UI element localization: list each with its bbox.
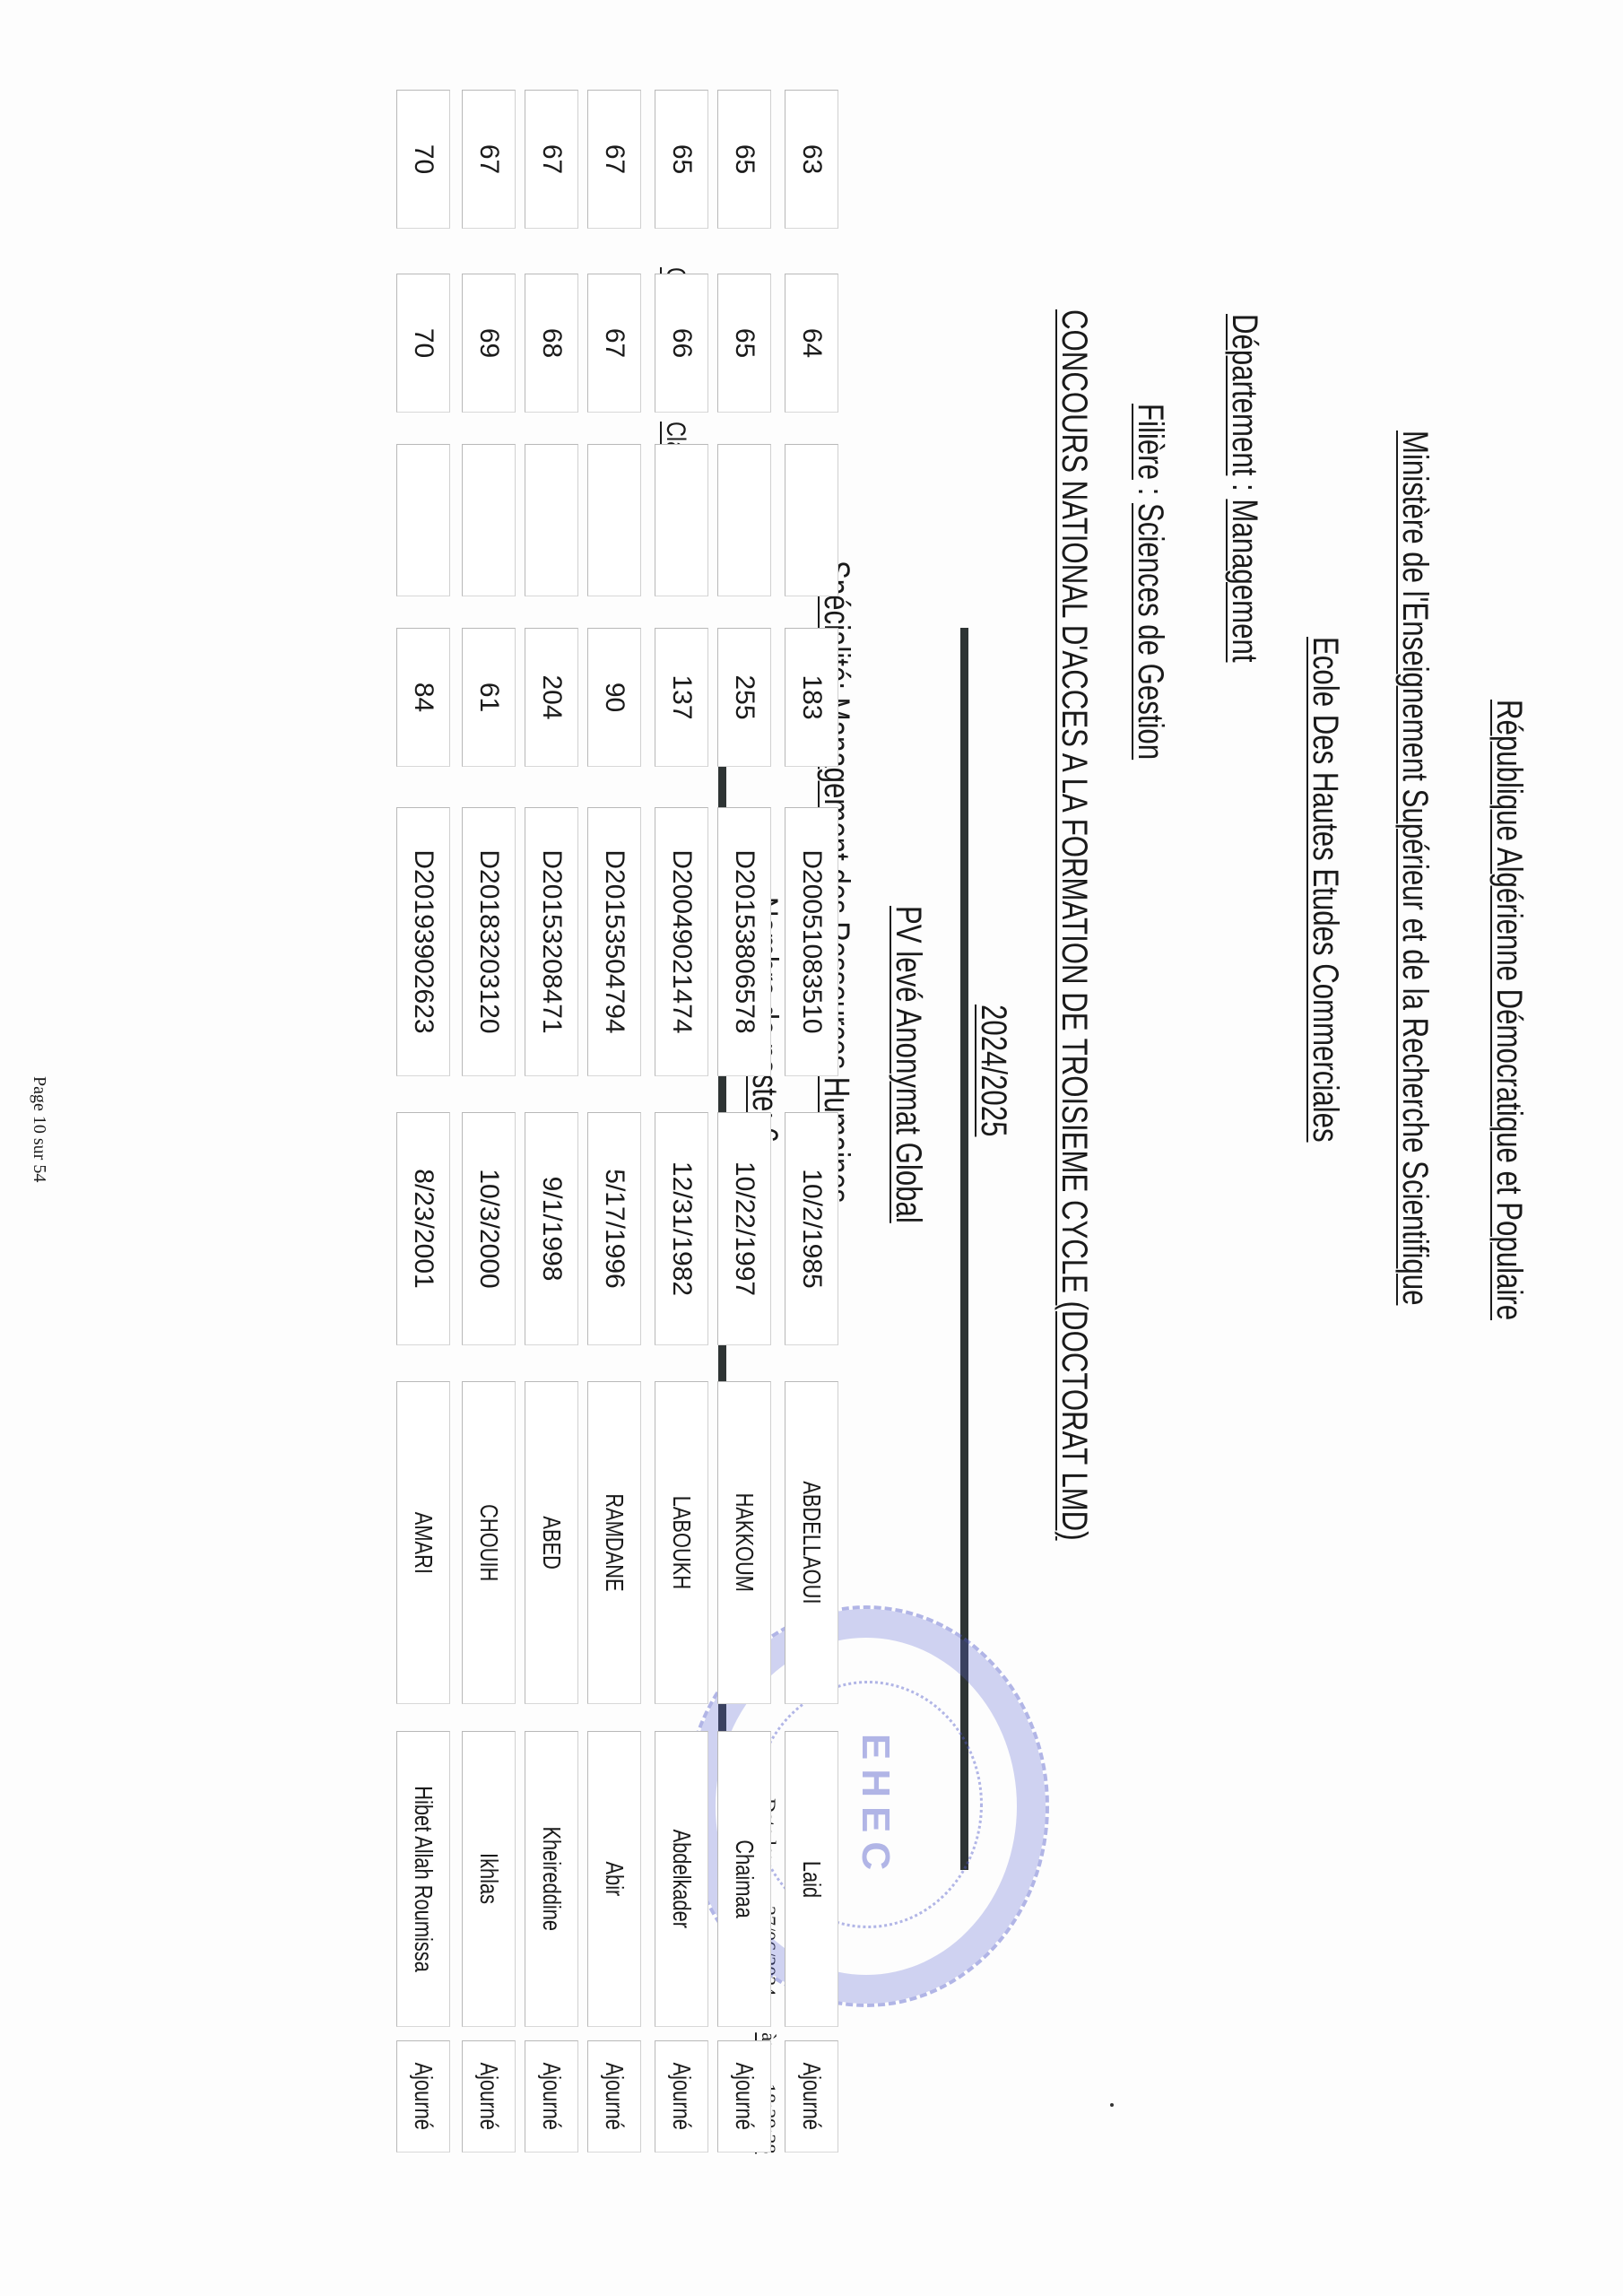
cell-spt: 69 [462,274,516,413]
cell-value: 67 [536,144,567,174]
department-line: Département : Management [1224,314,1264,761]
cell-nom: CHOUIH [462,1381,516,1704]
page-number: Page 10 sur 54 [29,1076,49,1182]
cell-matricule: D20049021474 [655,807,708,1076]
cell-spt: 64 [785,274,838,413]
cell-value: D20153806578 [729,849,759,1033]
cell-value: ABED [537,1516,566,1569]
cell-prenom: Abdelkader [655,1731,708,2027]
cell-gle: 67 [587,90,641,229]
cell-prs [525,444,578,596]
cell-gle: 63 [785,90,838,229]
cell-value: Abir [600,1862,629,1897]
cell-matricule: D20153806578 [717,807,771,1076]
cell-value: 204 [536,674,567,719]
cell-value: Ajourné [409,2063,438,2130]
cell-value: Hibet Allah Roumissa [409,1786,438,1972]
cell-nom: AMARI [396,1381,450,1704]
cell-value: 183 [796,674,827,719]
cell-value: Ajourné [730,2063,759,2130]
cell-resultat: Ajourné [525,2040,578,2152]
cell-matricule: D20193902623 [396,807,450,1076]
cell-naissance: 12/31/1982 [655,1112,708,1345]
cell-value: Abdelkader [667,1830,696,1928]
pv-title-text: PV levé Anonymat Global [888,906,928,1223]
school-text: Ecole Des Hautes Etudes Commerciales [1305,637,1345,1143]
department-label: Département [1225,314,1264,475]
cell-value: 63 [796,144,827,174]
cell-spt: 70 [396,274,450,413]
filiere-value: Sciences de Gestion [1131,503,1170,760]
cell-value: Ajourné [667,2063,696,2130]
cell-code: 61 [462,628,516,767]
cell-prs [462,444,516,596]
republic-text: République Algérienne Démocratique et Po… [1488,700,1529,1320]
cell-value: D20153208471 [536,849,567,1033]
cell-value: 64 [796,328,827,358]
cell-value: 10/3/2000 [473,1169,504,1288]
cell-value: 12/31/1982 [666,1161,697,1296]
ministry-text: Ministère de l'Enseignement Supérieur et… [1394,430,1435,1305]
cell-naissance: 10/2/1985 [785,1112,838,1345]
cell-value: D20051083510 [796,849,827,1033]
cell-nom: RAMDANE [587,1381,641,1704]
cell-nom: ABDELLAOUI [785,1381,838,1704]
cell-value: 10/22/1997 [729,1161,759,1296]
cell-gle: 65 [717,90,771,229]
year-title: 2024/2025 [973,1004,1013,1174]
cell-value: D20183203120 [473,849,504,1033]
cell-value: Ajourné [600,2063,629,2130]
cell-prs [785,444,838,596]
cell-value: 10/2/1985 [796,1169,827,1288]
year-text: 2024/2025 [973,1004,1013,1136]
cell-value: CHOUIH [474,1504,503,1581]
cell-value: 67 [599,144,629,174]
cell-nom: LABOUKH [655,1381,708,1704]
cell-matricule: D20153504794 [587,807,641,1076]
cell-prenom: Kheireddine [525,1731,578,2027]
cell-prs [717,444,771,596]
cell-matricule: D20183203120 [462,807,516,1076]
cell-value: 9/1/1998 [536,1177,567,1282]
cell-naissance: 10/22/1997 [717,1112,771,1345]
cell-prs [587,444,641,596]
cell-value: ABDELLAOUI [797,1481,826,1604]
cell-value: 67 [473,144,504,174]
cell-value: 67 [599,328,629,358]
cell-value: 5/17/1996 [599,1169,629,1288]
cell-value: AMARI [409,1511,438,1573]
cell-value: 84 [408,683,438,712]
concours-text: CONCOURS NATIONAL D'ACCES A LA FORMATION… [1054,309,1094,1541]
department-value: Management [1225,499,1264,662]
cell-value: 8/23/2001 [408,1169,438,1288]
cell-value: D20193902623 [408,849,438,1033]
pv-title: PV levé Anonymat Global [888,906,928,1313]
cell-prenom: Hibet Allah Roumissa [396,1731,450,2027]
cell-value: HAKKOUM [730,1493,759,1592]
cell-value: LABOUKH [667,1496,696,1589]
cell-value: Ajourné [797,2063,826,2130]
cell-value: 65 [666,144,697,174]
cell-resultat: Ajourné [785,2040,838,2152]
cell-resultat: Ajourné [655,2040,708,2152]
cell-value: 90 [599,683,629,712]
cell-value: Kheireddine [537,1827,566,1932]
cell-code: 137 [655,628,708,767]
cell-naissance: 8/23/2001 [396,1112,450,1345]
cell-value: 70 [408,328,438,358]
cell-value: RAMDANE [600,1493,629,1591]
cell-gle: 67 [525,90,578,229]
cell-value: 65 [729,144,759,174]
cell-spt: 66 [655,274,708,413]
cell-value: D20049021474 [666,849,697,1033]
cell-value: Chaimaa [730,1839,759,1918]
cell-gle: 65 [655,90,708,229]
cell-gle: 67 [462,90,516,229]
cell-spt: 65 [717,274,771,413]
cell-code: 90 [587,628,641,767]
cell-prenom: Abir [587,1731,641,2027]
cell-value: Ajourné [474,2063,503,2130]
cell-spt: 68 [525,274,578,413]
filiere-line: Filière : Sciences de Gestion [1130,404,1170,860]
cell-matricule: D20051083510 [785,807,838,1076]
republic-title: République Algérienne Démocratique et Po… [1488,700,1529,1495]
cell-matricule: D20153208471 [525,807,578,1076]
cell-prenom: Laid [785,1731,838,2027]
cell-value: 255 [729,674,759,719]
cell-prs [396,444,450,596]
cell-code: 204 [525,628,578,767]
cell-code: 84 [396,628,450,767]
cell-code: 255 [717,628,771,767]
cell-code: 183 [785,628,838,767]
cell-resultat: Ajourné [717,2040,771,2152]
stamp-text: EHEC [853,1609,898,2004]
cell-nom: HAKKOUM [717,1381,771,1704]
speck [1110,2103,1114,2107]
cell-value: 69 [473,328,504,358]
cell-value: 68 [536,328,567,358]
cell-value: Laid [797,1860,826,1897]
concours-title: CONCOURS NATIONAL D'ACCES A LA FORMATION… [1054,309,1094,1888]
cell-value: 65 [729,328,759,358]
cell-nom: ABED [525,1381,578,1704]
cell-naissance: 9/1/1998 [525,1112,578,1345]
school-title: Ecole Des Hautes Etudes Commerciales [1305,637,1345,1285]
cell-resultat: Ajourné [462,2040,516,2152]
filiere-label: Filière [1131,404,1170,480]
cell-naissance: 10/3/2000 [462,1112,516,1345]
cell-value: D20153504794 [599,849,629,1033]
cell-value: 137 [666,674,697,719]
cell-prenom: Chaimaa [717,1731,771,2027]
cell-resultat: Ajourné [587,2040,641,2152]
cell-value: Ikhlas [474,1853,503,1904]
cell-value: 61 [473,683,504,712]
ministry-title: Ministère de l'Enseignement Supérieur et… [1394,430,1435,1552]
cell-value: Ajourné [537,2063,566,2130]
cell-naissance: 5/17/1996 [587,1112,641,1345]
cell-value: 70 [408,144,438,174]
cell-resultat: Ajourné [396,2040,450,2152]
cell-spt: 67 [587,274,641,413]
cell-value: 66 [666,328,697,358]
cell-prenom: Ikhlas [462,1731,516,2027]
cell-prs [655,444,708,596]
cell-gle: 70 [396,90,450,229]
document-page: République Algérienne Démocratique et Po… [0,0,1623,2296]
